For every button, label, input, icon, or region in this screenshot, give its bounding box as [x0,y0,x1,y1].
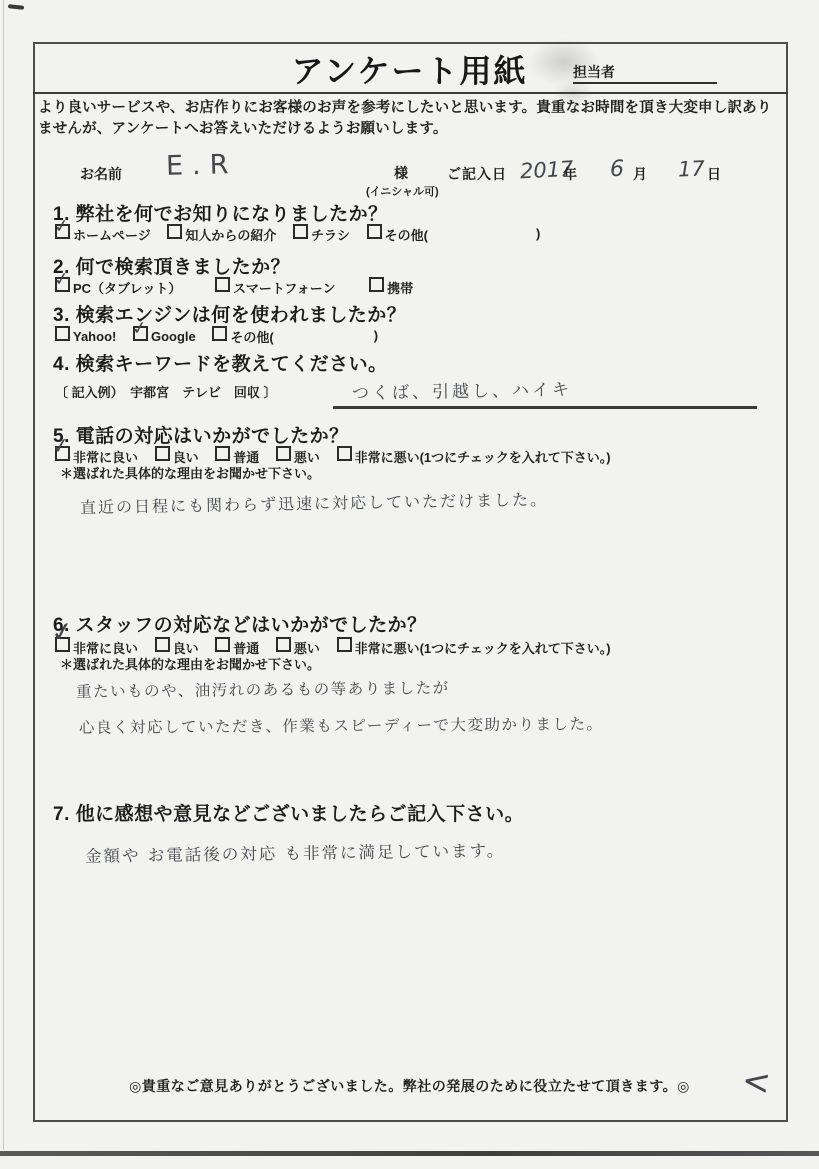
checkbox-icon[interactable] [55,446,70,461]
checkbox-icon[interactable] [155,446,170,461]
checkbox-icon[interactable] [276,637,291,652]
closing-paren: ) [536,226,540,241]
checkbox-icon[interactable] [55,637,70,652]
year-unit-label: 年 [563,164,577,184]
fill-date-label: ご記入日 [447,164,507,184]
option-very-bad: 非常に悪い(1つにチェックを入れて下さい。) [337,637,611,657]
question-2-heading: 2. 何で検索頂きましたか？ [53,252,290,279]
question-3-options: Yahoo! Google その他() [55,326,391,346]
scan-bottom-edge [0,1151,819,1156]
footer-thanks-text: ◎貴重なご意見ありがとうございました。弊社の発展のために役立たせて頂きます。◎ [0,1076,819,1096]
question-title: 他に感想や意見などございましたらご記入下さい。 [76,804,525,825]
question-number: 3. [53,305,70,326]
question-7-heading: 7. 他に感想や意見などございましたらご記入下さい。 [53,799,524,826]
option-referral: 知人からの紹介 [167,224,276,244]
header-divider-line [33,92,788,94]
checkbox-icon[interactable] [55,326,70,341]
question-2-options: PC（タブレット） スマートフォーン 携帯 [55,277,426,297]
keyword-example-text: 〔 記入例） 宇都宮 テレビ 回収 〕 [55,382,276,401]
question-title: 検索エンジンは何を使われましたか？ [76,305,407,326]
scan-speck [8,4,24,10]
staff-in-charge-label: 担当者 [573,62,615,82]
checkbox-icon[interactable] [215,446,230,461]
checkbox-icon[interactable] [155,637,170,652]
option-homepage: ホームページ [55,224,151,244]
page-title: アンケート用紙 [0,46,819,92]
checkbox-icon[interactable] [276,446,291,461]
scan-edge-line [3,0,4,1150]
question-title: スタッフの対応などはいかがでしたか？ [76,615,427,636]
initial-ok-note: (イニシャル可) [366,183,439,199]
reason-note: ＊選ばれた具体的な理由をお聞かせ下さい。 [60,654,320,673]
checkbox-icon[interactable] [367,224,382,239]
option-pc-tablet: PC（タブレット） [55,277,181,297]
question-number: 4. [53,354,70,375]
day-unit-label: 日 [707,164,721,184]
question-3-heading: 3. 検索エンジンは何を使われましたか？ [53,300,406,327]
staff-response-handwritten-answer-line1: 重たいものや、油汚れのあるもの等ありましたが [76,676,450,702]
checkbox-icon[interactable] [167,224,182,239]
checkbox-icon[interactable] [215,277,230,292]
question-4-heading: 4. 検索キーワードを教えてください。 [53,349,388,376]
scanned-questionnaire-page: < アンケート用紙 担当者 より良いサービスや、お店作りにお客様のお声を参考にし… [0,0,819,1169]
checkbox-icon[interactable] [212,326,227,341]
checkbox-icon[interactable] [55,277,70,292]
month-unit-label: 月 [633,164,647,184]
option-other: その他() [212,326,378,346]
honorific-label: 様 [394,163,408,183]
option-mobile: 携帯 [369,277,413,297]
closing-paren: ) [374,328,378,343]
checkbox-icon[interactable] [55,224,70,239]
option-smartphone: スマートフォーン [215,277,335,297]
option-other: その他() [367,224,541,244]
staff-response-handwritten-answer-line2: 心良く対応していただき、作業もスピーディーで大変助かりました。 [79,712,604,738]
checkbox-icon[interactable] [337,446,352,461]
checkbox-icon[interactable] [215,637,230,652]
reason-note: ＊選ばれた具体的な理由をお聞かせ下さい。 [60,463,320,482]
question-1-options: ホームページ 知人からの紹介 チラシ その他() [55,224,553,244]
question-title: 弊社を何でお知りになりましたか？ [76,204,388,225]
question-title: 検索キーワードを教えてください。 [76,354,388,375]
option-very-bad: 非常に悪い(1つにチェックを入れて下さい。) [337,446,611,466]
day-handwritten-value: 17 [678,157,706,182]
question-title: 電話の対応はいかがでしたか？ [76,426,349,447]
question-5-heading: 5. 電話の対応はいかがでしたか？ [53,421,349,448]
option-yahoo: Yahoo! [55,326,116,344]
question-6-heading: 6. スタッフの対応などはいかがでしたか？ [53,610,427,637]
checkbox-icon[interactable] [133,326,148,341]
month-handwritten-value: 6 [610,157,624,182]
option-google: Google [133,326,196,344]
question-title: 何で検索頂きましたか？ [76,257,291,278]
checkbox-icon[interactable] [337,637,352,652]
keyword-handwritten-answer: つくば、引越し、ハイキ [352,375,572,404]
intro-text: より良いサービスや、お店作りにお客様のお声を参考にしたいと思います。貴重なお時間… [38,98,782,140]
option-flyer: チラシ [293,224,350,244]
staff-in-charge-blank-line [573,82,717,84]
name-handwritten-value: E.R [166,149,238,182]
name-label: お名前 [80,164,122,184]
keyword-answer-underline [333,406,757,409]
question-number: 7. [53,804,70,825]
question-1-heading: 1. 弊社を何でお知りになりましたか？ [53,199,388,226]
checkbox-icon[interactable] [369,277,384,292]
checkbox-icon[interactable] [293,224,308,239]
